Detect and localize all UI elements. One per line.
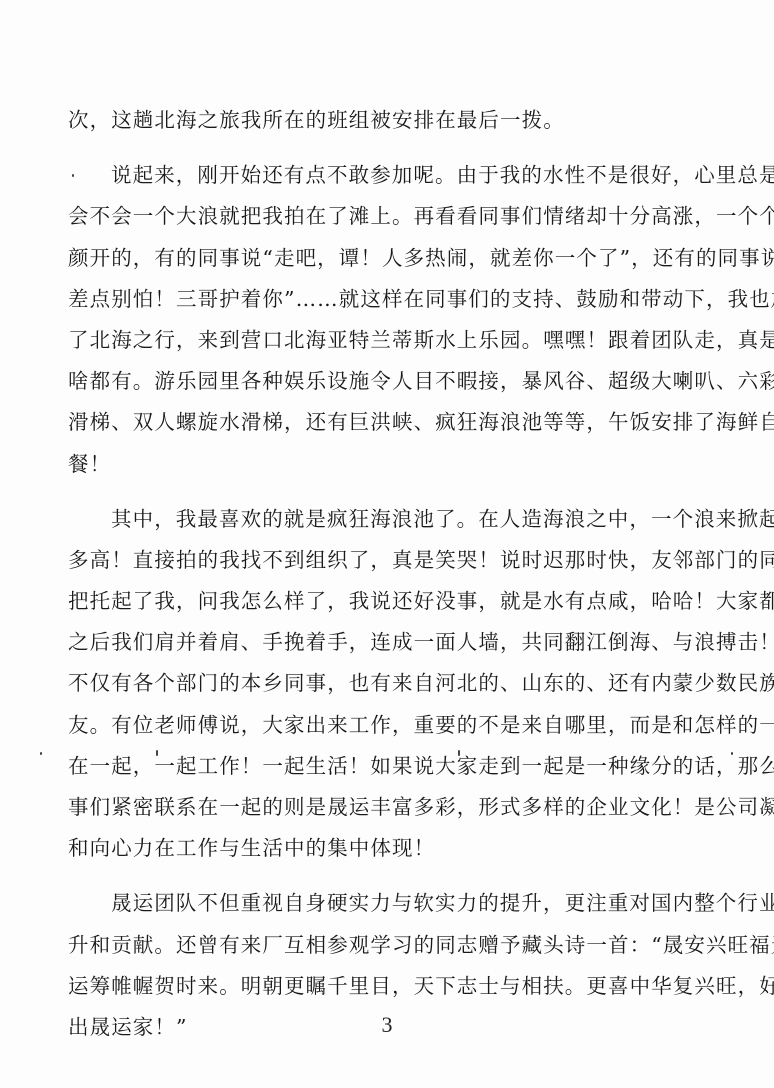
text-line: 了北海之行，来到营口北海亚特兰蒂斯水上乐园。嘿嘿！跟着团队走，真是幸福 [68, 320, 700, 361]
text-line: 和向心力在工作与生活中的集中体现！ [68, 828, 700, 869]
text-line: 晟运团队不但重视自身硬实力与软实力的提升，更注重对国内整个行业的提 [68, 883, 700, 924]
text-line: 差点别怕！三哥护着你”……就这样在同事们的支持、鼓励和带动下，我也加入 [68, 279, 700, 320]
scan-speck [40, 752, 42, 755]
text-line: 会不会一个大浪就把我拍在了滩上。再看看同事们情绪却十分高涨，一个个喜笑 [68, 196, 700, 237]
scan-speck [423, 172, 425, 175]
text-line: 次，这趟北海之旅我所在的班组被安排在最后一拨。 [68, 100, 700, 141]
scan-speck [731, 752, 733, 755]
text-line: 颜开的，有的同事说“走吧，谭！人多热闹，就差你一个了”，还有的同事说“水性 [68, 238, 700, 279]
text-line: 不仅有各个部门的本乡同事，也有来自河北的、山东的、还有内蒙少数民族的朋 [68, 663, 700, 704]
text-line: 友。有位老师傅说，大家出来工作，重要的不是来自哪里，而是和怎样的一群人 [68, 705, 700, 746]
text-line: 啥都有。游乐园里各种娱乐设施令人目不暇接，暴风谷、超级大喇叭、六彩竞速 [68, 361, 700, 402]
page-number: 3 [0, 1012, 774, 1038]
text-line: 升和贡献。还曾有来厂互相参观学习的同志赠予藏头诗一首：“晟安兴旺福天下， [68, 925, 700, 966]
scan-speck [72, 174, 74, 177]
text-line: 事们紧密联系在一起的则是晟运丰富多彩，形式多样的企业文化！是公司凝聚力 [68, 787, 700, 828]
text-line: 之后我们肩并着肩、手挽着手，连成一面人墙，共同翻江倒海、与浪搏击！这里 [68, 622, 700, 663]
paragraph-gap [68, 485, 700, 499]
scan-speck [156, 750, 158, 756]
text-line: 在一起，一起工作！一起生活！如果说大家走到一起是一种缘分的话，那么把同 [68, 746, 700, 787]
text-line: 滑梯、双人螺旋水滑梯，还有巨洪峡、疯狂海浪池等等，午饭安排了海鲜自助大 [68, 402, 700, 443]
text-line: 其中，我最喜欢的就是疯狂海浪池了。在人造海浪之中，一个浪来掀起一米 [68, 499, 700, 540]
text-line: 说起来，刚开始还有点不敢参加呢。由于我的水性不是很好，心里总是担心 [68, 155, 700, 196]
document-body: 次，这趟北海之旅我所在的班组被安排在最后一拨。 说起来，刚开始还有点不敢参加呢。… [68, 100, 700, 1048]
scan-speck [458, 750, 460, 756]
text-line: 运筹帷幄贺时来。明朝更瞩千里目，天下志士与相扶。更喜中华复兴旺，好铁当 [68, 966, 700, 1007]
text-line: 餐！ [68, 444, 700, 485]
paragraph-gap [68, 141, 700, 155]
text-line: 多高！直接拍的我找不到组织了，真是笑哭！说时迟那时快，友邻部门的同事一 [68, 540, 700, 581]
paragraph-gap [68, 869, 700, 883]
text-line: 把托起了我，问我怎么样了，我说还好没事，就是水有点咸，哈哈！大家都笑了。 [68, 581, 700, 622]
